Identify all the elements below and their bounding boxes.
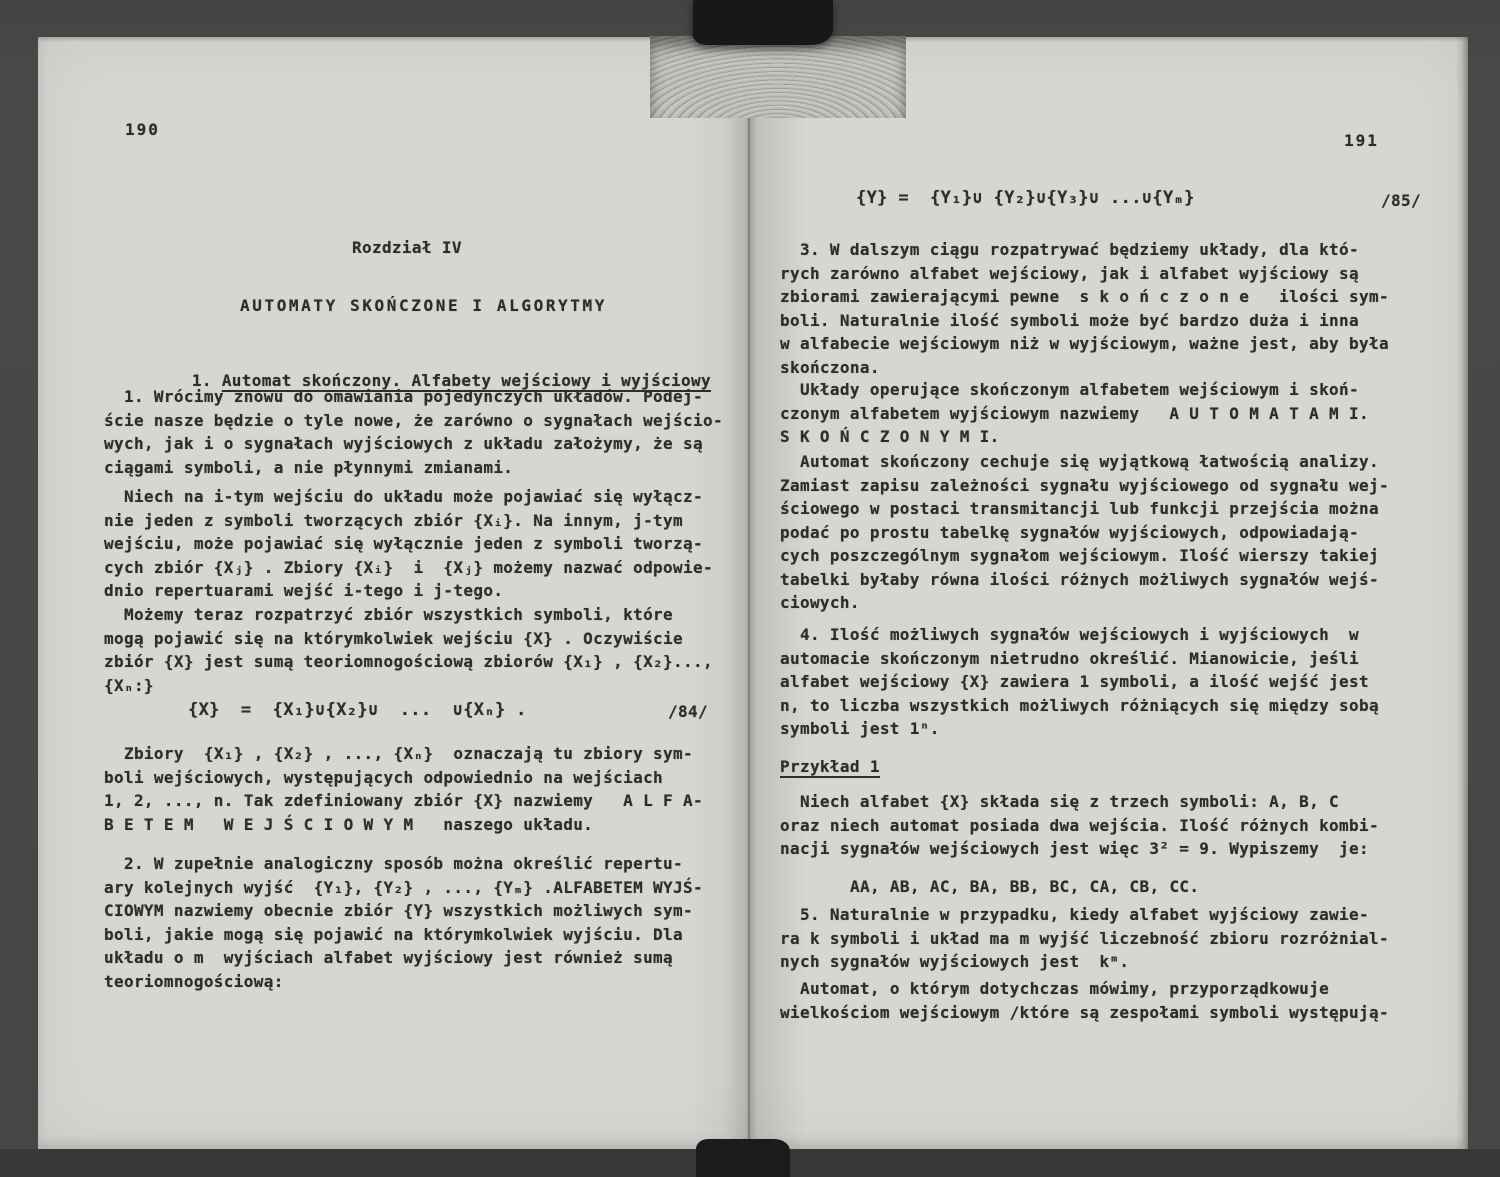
- page-stack-right-edge: [1456, 37, 1468, 1149]
- spine-gap-top: [693, 0, 833, 45]
- paragraph: Niech na i-tym wejściu do układu może po…: [104, 485, 744, 603]
- paragraph: Automat, o którym dotychczas mówimy, prz…: [780, 977, 1420, 1024]
- page-stack-edges-top: [650, 36, 906, 118]
- paragraph: 1. Wrócimy znowu do omawiania pojedynczy…: [104, 385, 744, 479]
- chapter-title: AUTOMATY SKOŃCZONE I ALGORYTMY: [240, 294, 607, 318]
- paragraph: Układy operujące skończonym alfabetem we…: [780, 378, 1420, 449]
- paragraph: Zbiory {X₁} , {X₂} , ..., {Xₙ} oznaczają…: [104, 742, 744, 836]
- open-book-spread: 190 Rozdział IV AUTOMATY SKOŃCZONE I ALG…: [38, 37, 1468, 1149]
- page-number-left: 190: [125, 118, 160, 142]
- page-number-right: 191: [1344, 129, 1379, 153]
- paragraph: Automat skończony cechuje się wyjątkową …: [780, 450, 1420, 615]
- book-scan-scene: 190 Rozdział IV AUTOMATY SKOŃCZONE I ALG…: [0, 0, 1500, 1177]
- paragraph: Niech alfabet {X} składa się z trzech sy…: [780, 790, 1420, 861]
- equation-85-number: /85/: [1381, 189, 1421, 213]
- equation-85-body: {Y} = {Y₁}∪ {Y₂}∪{Y₃}∪ ...∪{Yₘ}: [856, 187, 1195, 211]
- spine-gap-bottom: [696, 1139, 790, 1177]
- paragraph: 4. Ilość możliwych sygnałów wejściowych …: [780, 623, 1420, 741]
- combinations-line: AA, AB, AC, BA, BB, BC, CA, CB, CC.: [850, 875, 1199, 899]
- paragraph: 3. W dalszym ciągu rozpatrywać będziemy …: [780, 238, 1420, 379]
- equation-84-number: /84/: [668, 700, 708, 724]
- chapter-label: Rozdział IV: [352, 236, 462, 260]
- paragraph: 2. W zupełnie analogiczny sposób można o…: [104, 852, 744, 993]
- equation-84-body: {X} = {X₁}∪{X₂}∪ ... ∪{Xₙ} .: [188, 699, 527, 723]
- paragraph: 5. Naturalnie w przypadku, kiedy alfabet…: [780, 903, 1420, 974]
- example-heading: Przykład 1: [780, 755, 880, 779]
- paragraph: Możemy teraz rozpatrzyć zbiór wszystkich…: [104, 603, 744, 697]
